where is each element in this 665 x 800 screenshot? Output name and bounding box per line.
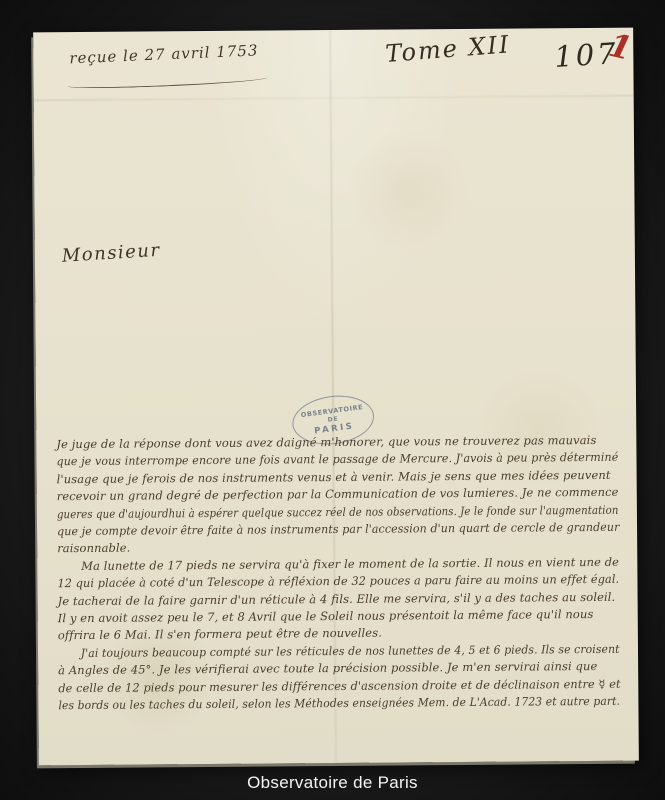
folio-red-mark: 1 [605, 28, 636, 68]
tome-annotation: Tome XII [384, 30, 511, 68]
horizontal-fold-crease [34, 95, 634, 102]
salutation: Monsieur [61, 240, 161, 267]
letter-body-text: Je juge de la réponse dont vous avez dai… [56, 432, 620, 715]
received-date-underline [67, 74, 267, 90]
letter-line: les bords ou les taches du soleil, selon… [58, 693, 585, 715]
archive-caption: Observatoire de Paris [247, 773, 418, 793]
received-date-annotation: reçue le 27 avril 1753 [69, 41, 259, 67]
letter-scan: reçue le 27 avril 1753 Tome XII 107 1 OB… [33, 28, 639, 766]
caption-band: Observatoire de Paris [0, 766, 665, 800]
